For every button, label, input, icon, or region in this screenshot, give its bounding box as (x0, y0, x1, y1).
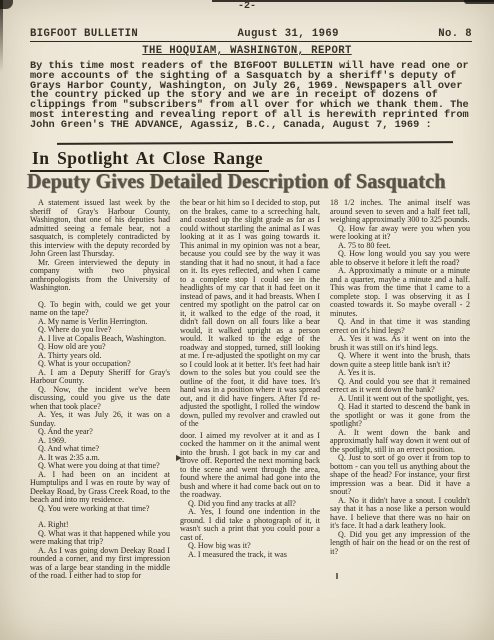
clipping-paragraph: Q. How long would you say you were able … (330, 250, 470, 267)
clipping-paragraph: Q. Did you get any impression of the len… (330, 531, 470, 557)
masthead-issue-number: No. 8 (438, 28, 472, 40)
margin-arrow-mark (176, 455, 182, 461)
clipping-paragraph: Q. And could you see that it remained er… (330, 378, 470, 395)
clipping-paragraph: 18 1/2 inches. The animal itself was aro… (330, 199, 470, 225)
clipping-headline: Deputy Gives Detailed Description of Sas… (27, 171, 475, 194)
clipping-paragraph: Q. How far away were you when you were l… (330, 225, 470, 242)
clipping-paragraph: A. Approximatly a minute or a minute and… (330, 267, 470, 318)
clipping-paragraph: the bear or hit him so I decided to stop… (180, 199, 320, 429)
clipping-kicker: In Spotlight At Close Range (30, 148, 269, 172)
clipping-column-1: A statement issued last week by the sher… (30, 199, 170, 627)
clipping-paragraph: A. It went down the bank and approximatl… (330, 429, 470, 455)
clipping-paragraph: A. I had been on an incident at Humptuli… (30, 471, 170, 505)
clipping-paragraph: A. Yes it was. As it went on into the br… (330, 335, 470, 352)
clipping-paragraph: Q. You were working at that time? (30, 505, 170, 514)
clipping-paragraph: Q. To begin with, could we get your name… (30, 301, 170, 318)
clipping-paragraph: A statement issued last week by the sher… (30, 199, 170, 259)
clipping-paragraph: Q. What was it that happened while you w… (30, 530, 170, 547)
clipping-paragraph: Q. Now, the incident we've been discussi… (30, 386, 170, 412)
clipping-paragraph: A. Yes, I found one indention in the gro… (180, 508, 320, 542)
clipping-paragraph: Q. Where it went into the brush, thats d… (330, 352, 470, 369)
masthead-date: August 31, 1969 (237, 28, 338, 40)
clipping-paragraph: A. Yes, it was July 26, it was on a Sund… (30, 411, 170, 428)
masthead-title: BIGFOOT BULLETIN (30, 28, 138, 40)
stray-pen-mark (336, 573, 338, 579)
clipping-column-2: the bear or hit him so I decided to stop… (180, 199, 320, 627)
clipping-paragraph: A. I measured the track, it was (180, 551, 320, 560)
clipping-paragraph: A. I am a Deputy Sheriff for Gray's Harb… (30, 369, 170, 386)
clipping-paragraph: A. As I was going down Deekay Road I rou… (30, 547, 170, 581)
clipping-paragraph: door. I aimed my revolver at it and as I… (180, 432, 320, 500)
clipping-paragraph: A. No it didn't have a snout. I couldn't… (330, 497, 470, 531)
clipping-column-3: 18 1/2 inches. The animal itself was aro… (330, 199, 470, 627)
clipping-paragraph: Q. Just to sort of go over it from top t… (330, 454, 470, 497)
scanned-newsletter-page: -2- BIGFOOT BULLETIN August 31, 1969 No.… (0, 0, 494, 640)
clipping-paragraph: Mr. Green interviewed the deputy in comp… (30, 259, 170, 293)
intro-paragraph: By this time most readers of the BIGFOOT… (30, 62, 475, 131)
masthead: BIGFOOT BULLETIN August 31, 1969 No. 8 (30, 28, 472, 42)
report-heading: THE HOQUIAM, WASHINGTON, REPORT (0, 45, 494, 57)
clipping-columns: A statement issued last week by the sher… (30, 199, 470, 627)
clipping-paragraph: Q. Had it started to descend the bank in… (330, 403, 470, 429)
page-number: -2- (0, 1, 494, 12)
clipping-paragraph: Q. And in that time it was standing erre… (330, 318, 470, 335)
horizontal-rule (57, 141, 453, 145)
